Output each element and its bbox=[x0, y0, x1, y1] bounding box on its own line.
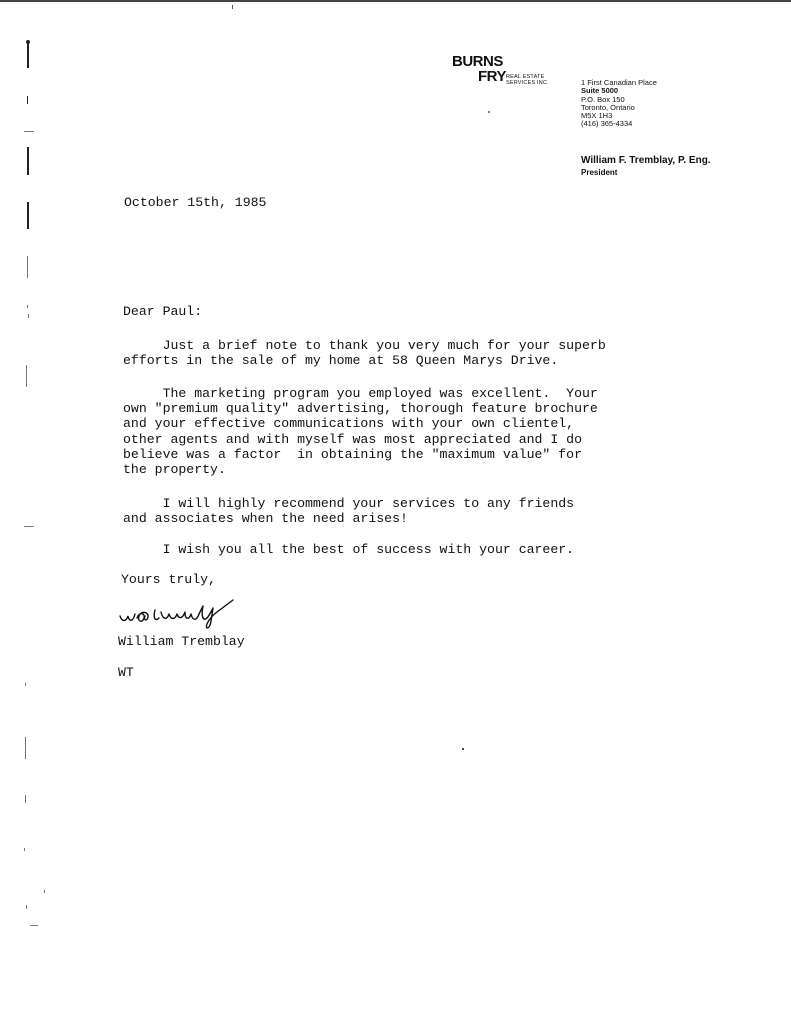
handwritten-signature bbox=[117, 598, 247, 630]
initials: WT bbox=[118, 665, 134, 680]
letter-date: October 15th, 1985 bbox=[124, 195, 266, 210]
scan-top-edge bbox=[0, 0, 791, 2]
logo-fry: FRY bbox=[478, 69, 506, 84]
officer-title: President bbox=[581, 167, 711, 178]
paragraph-1: Just a brief note to thank you very much… bbox=[123, 338, 606, 368]
salutation: Dear Paul: bbox=[123, 304, 202, 319]
paragraph-3: I will highly recommend your services to… bbox=[123, 496, 574, 526]
scan-artifact bbox=[488, 111, 490, 113]
scan-artifact bbox=[462, 748, 464, 750]
paragraph-2: The marketing program you employed was e… bbox=[123, 386, 598, 477]
logo-division: REAL ESTATE SERVICES INC. bbox=[506, 74, 549, 86]
logo-burns: BURNS bbox=[452, 54, 503, 69]
signatory-name: William Tremblay bbox=[118, 634, 245, 649]
scan-artifact bbox=[232, 5, 233, 9]
company-address: 1 First Canadian Place Suite 5000 P.O. B… bbox=[581, 79, 657, 129]
paragraph-4: I wish you all the best of success with … bbox=[123, 542, 574, 557]
officer-block: William F. Tremblay, P. Eng. President bbox=[581, 155, 711, 178]
closing: Yours truly, bbox=[121, 572, 216, 587]
officer-name: William F. Tremblay, P. Eng. bbox=[581, 155, 711, 167]
address-line: (416) 365-4334 bbox=[581, 120, 657, 128]
